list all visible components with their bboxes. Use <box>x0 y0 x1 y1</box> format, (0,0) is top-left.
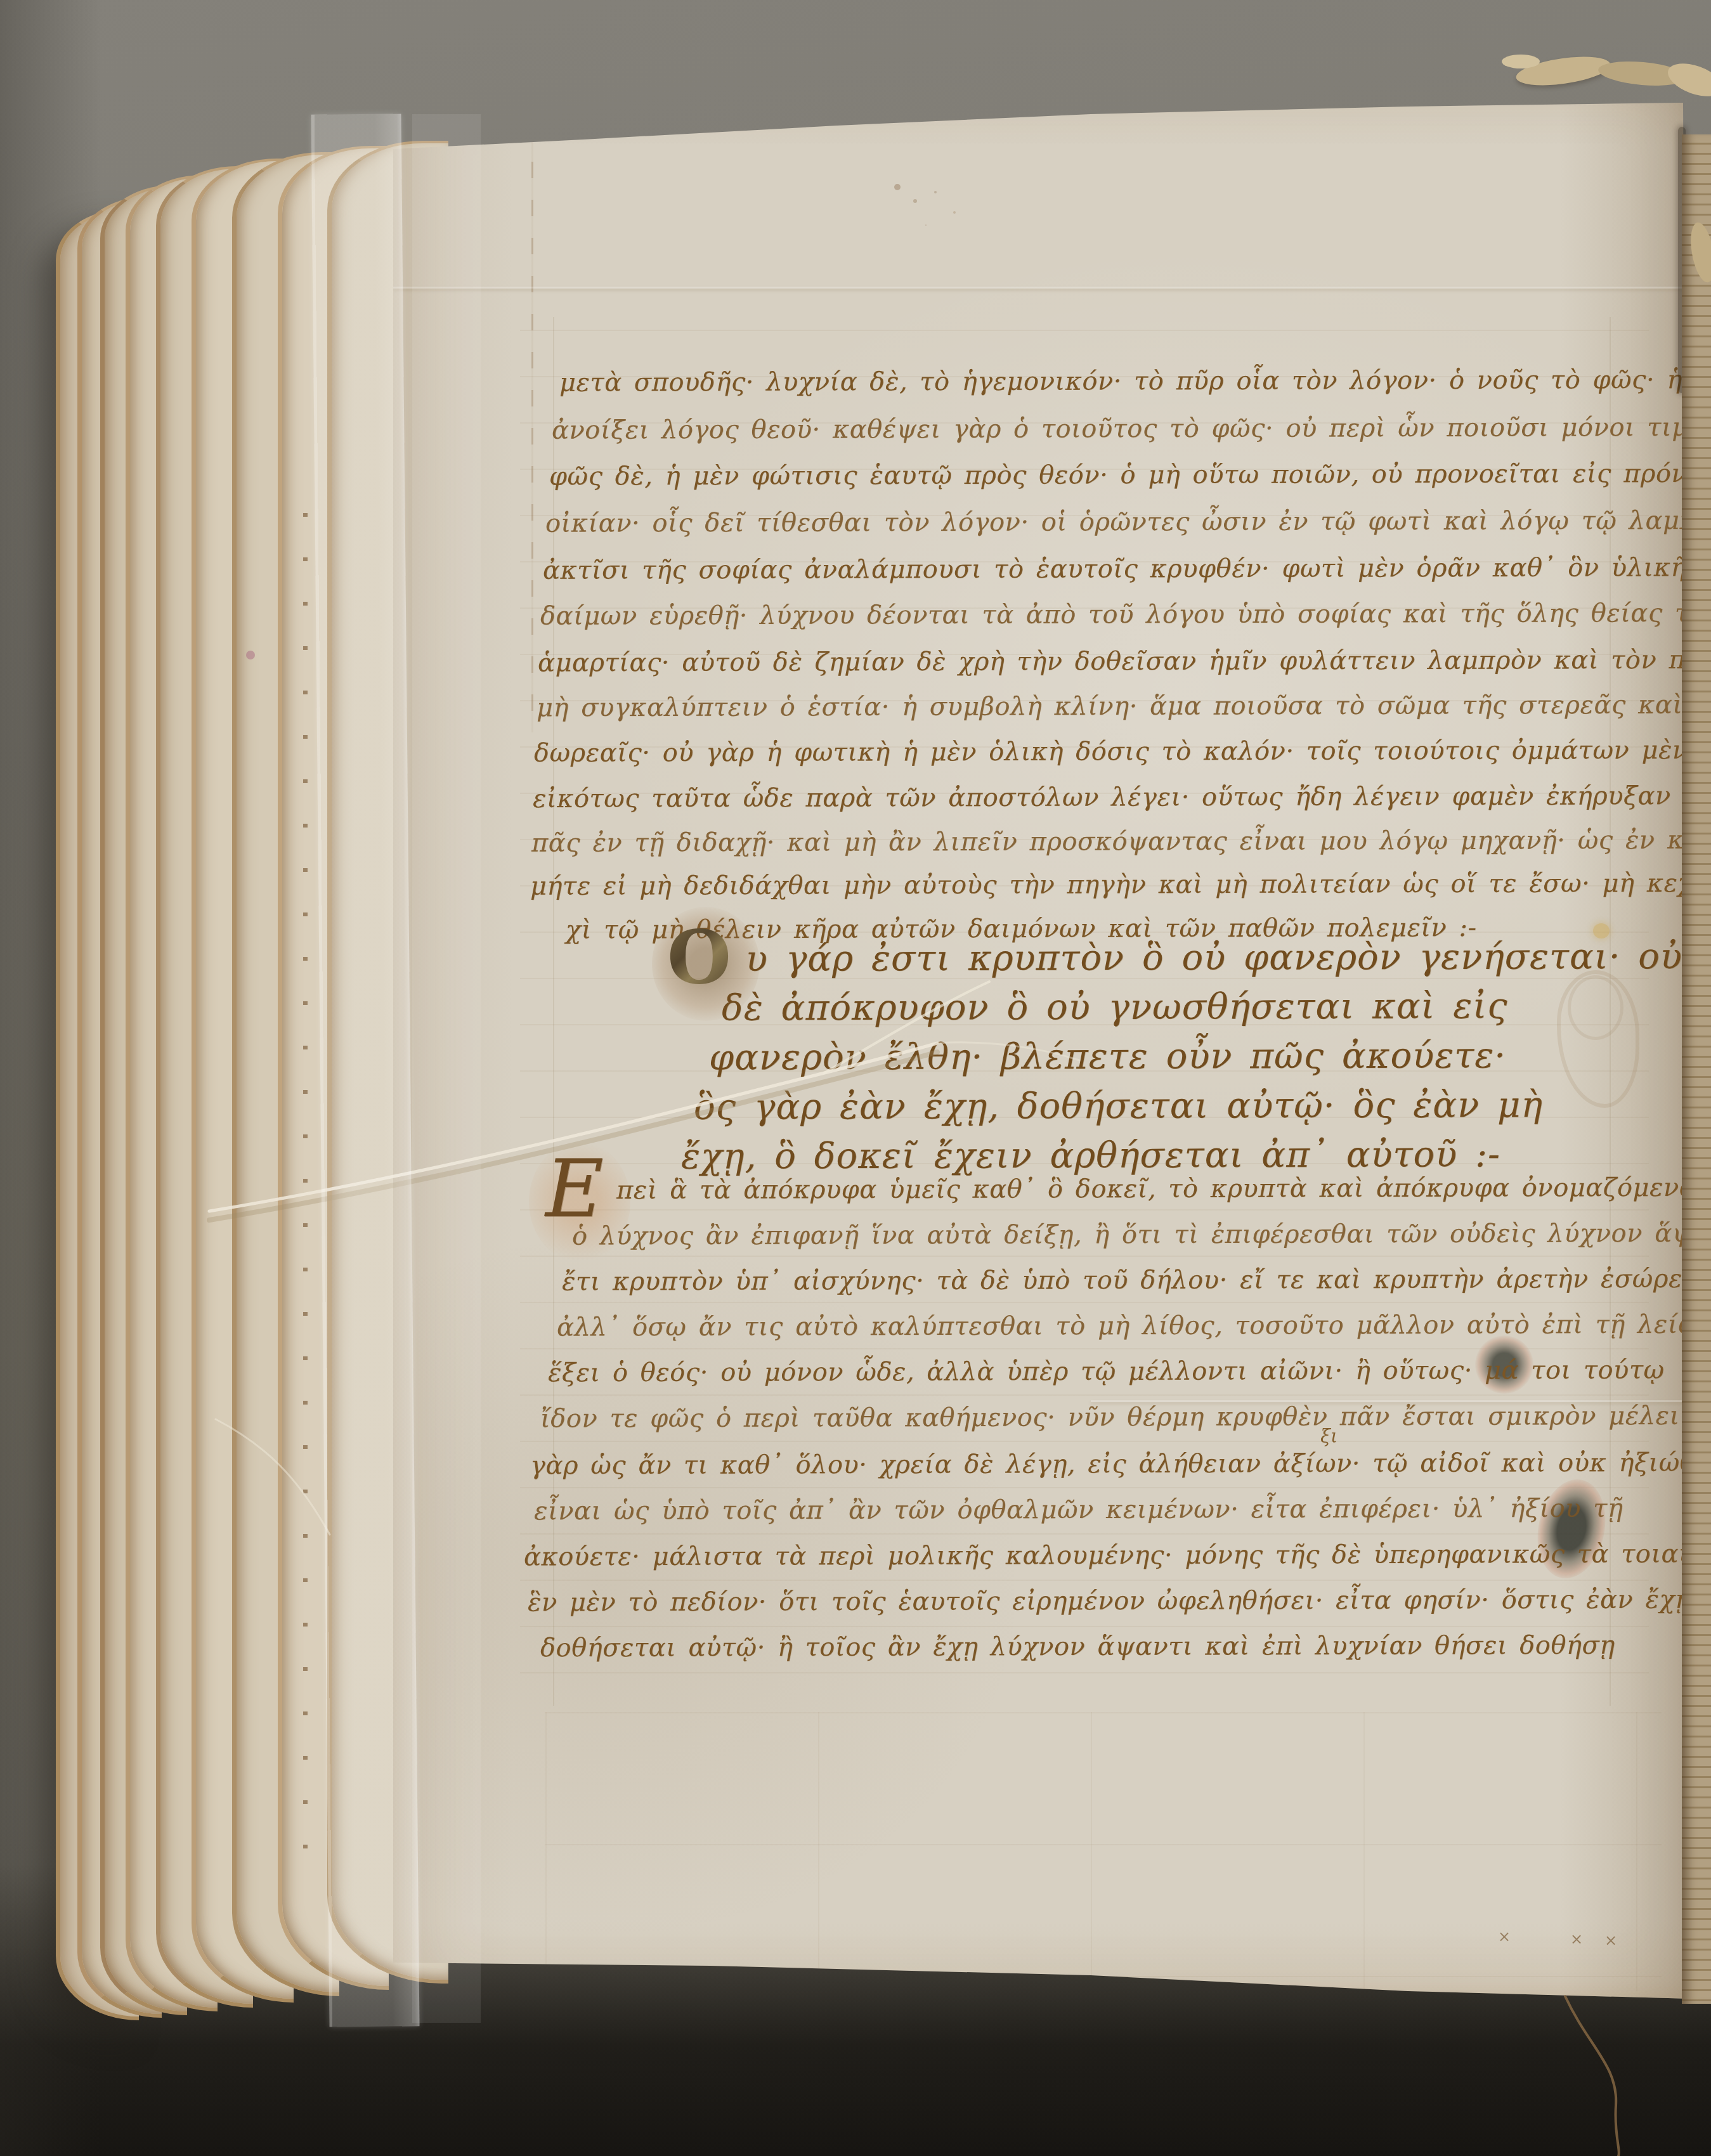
photograph-of-manuscript: { "palette": { "background_gray": "#7b78… <box>0 0 1711 2156</box>
hanging-thread <box>0 0 1711 2156</box>
